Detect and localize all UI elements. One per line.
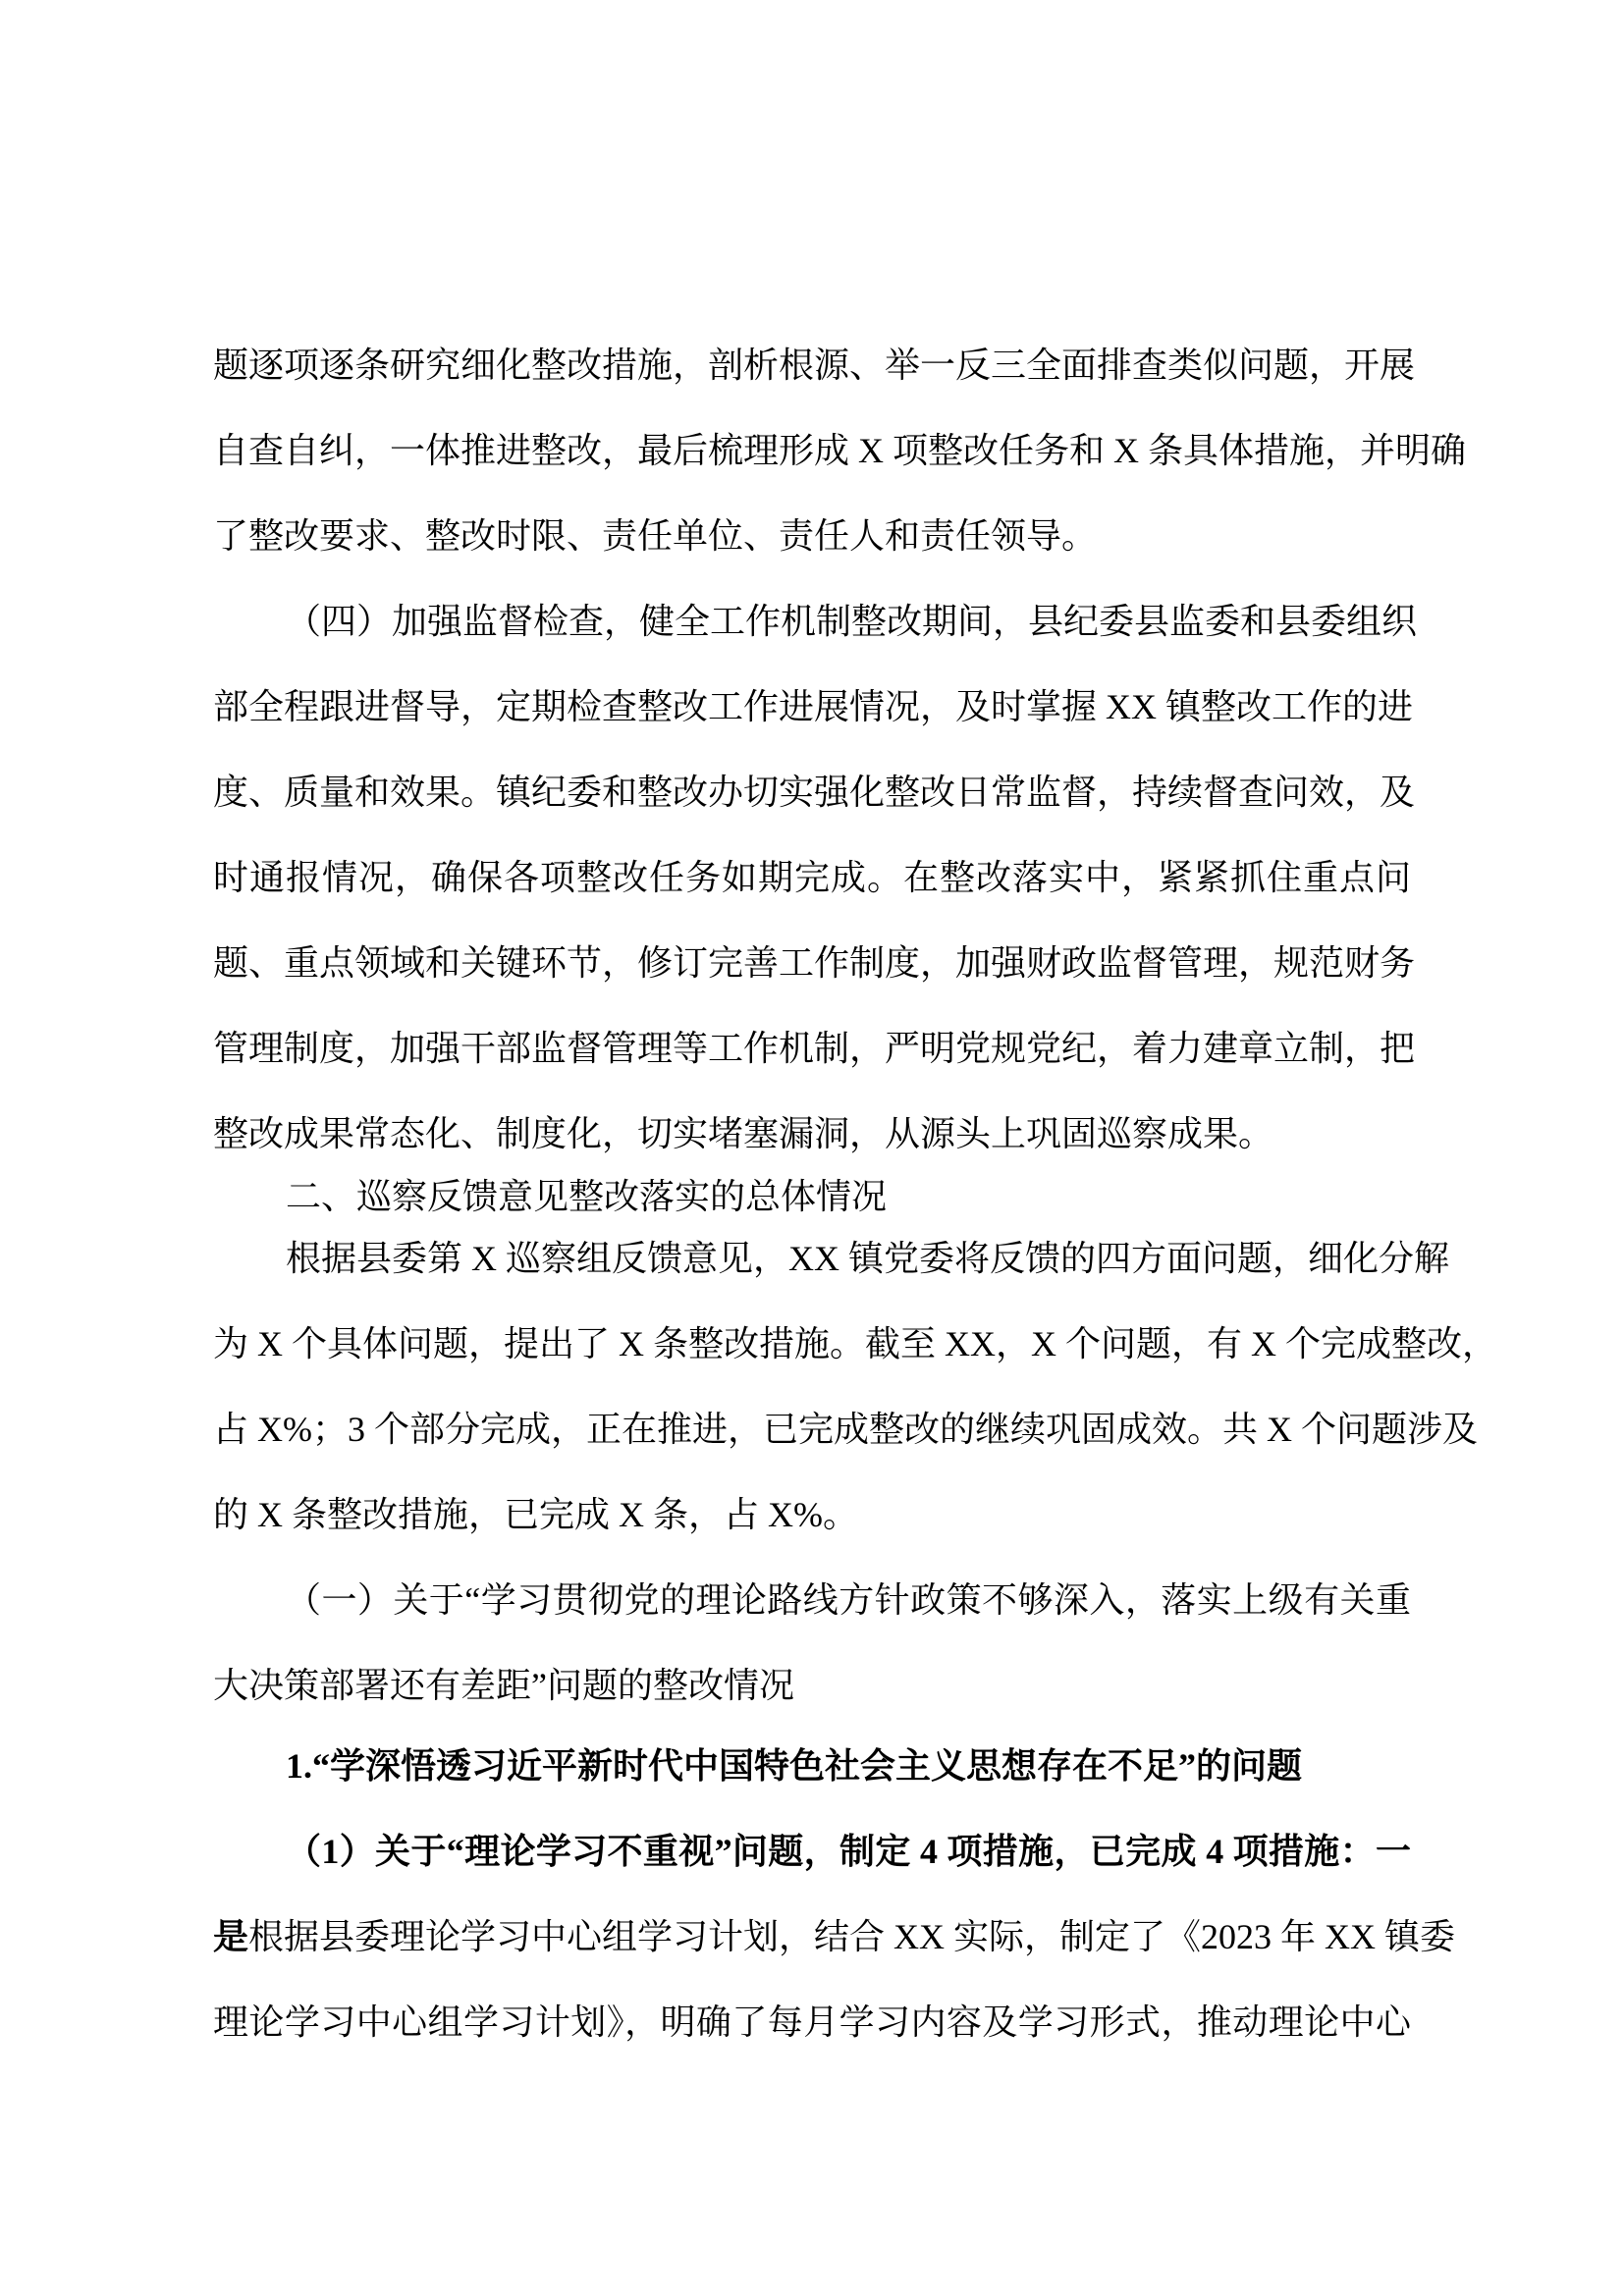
- text-line: 理论学习中心组学习计划》，明确了每月学习内容及学习形式，推动理论中心: [213, 1980, 1411, 2065]
- text-line: 大决策部署还有差距”问题的整改情况: [213, 1643, 1411, 1729]
- text-run: 理论学习中心组学习计划》，明确了每月学习内容及学习形式，推动理论中心: [213, 2002, 1411, 2042]
- text-line: 根据县委第 X 巡察组反馈意见，XX 镇党委将反馈的四方面问题，细化分解: [213, 1216, 1411, 1302]
- text-run: 时通报情况，确保各项整改任务如期完成。在整改落实中，紧紧抓住重点问: [213, 858, 1411, 897]
- text-run: 根据县委第 X 巡察组反馈意见，XX 镇党委将反馈的四方面问题，细化分解: [286, 1239, 1449, 1278]
- heading-study-thought-deficiency: 1.“学深悟透习近平新时代中国特色社会主义思想存在不足”的问题: [213, 1724, 1411, 1809]
- text-run: 根据县委理论学习中心组学习计划，结合 XX 实际，制定了《2023 年 XX 镇…: [248, 1917, 1455, 1956]
- document-body: 题逐项逐条研究细化整改措施，剖析根源、举一反三全面排查类似问题，开展自查自纠，一…: [213, 323, 1411, 2065]
- text-run: 管理制度，加强干部监督管理等工作机制，严明党规党纪，着力建章立制，把: [213, 1029, 1415, 1068]
- text-run: 大决策部署还有差距”问题的整改情况: [213, 1666, 794, 1705]
- para-theory-study-measures: （1）关于“理论学习不重视”问题，制定 4 项措施，已完成 4 项措施：一是根据…: [213, 1809, 1411, 2065]
- bold-text-run: 是: [213, 1917, 248, 1956]
- text-run: 题逐项逐条研究细化整改措施，剖析根源、举一反三全面排查类似问题，开展: [213, 346, 1415, 385]
- text-line: 自查自纠，一体推进整改，最后梳理形成 X 项整改任务和 X 条具体措施，并明确: [213, 408, 1411, 494]
- text-line: 部全程跟进督导，定期检查整改工作进展情况，及时掌握 XX 镇整改工作的进: [213, 665, 1411, 750]
- text-line: 度、质量和效果。镇纪委和整改办切实强化整改日常监督，持续督查问效，及: [213, 750, 1411, 835]
- text-line: 时通报情况，确保各项整改任务如期完成。在整改落实中，紧紧抓住重点问: [213, 835, 1411, 921]
- bold-text-run: 1.“学深悟透习近平新时代中国特色社会主义思想存在不足”的问题: [286, 1746, 1302, 1786]
- text-run: （四）加强监督检查，健全工作机制整改期间，县纪委县监委和县委组织: [286, 602, 1417, 641]
- text-run: 自查自纠，一体推进整改，最后梳理形成 X 项整改任务和 X 条具体措施，并明确: [213, 431, 1466, 470]
- para-overall-progress: 根据县委第 X 巡察组反馈意见，XX 镇党委将反馈的四方面问题，细化分解为 X …: [213, 1216, 1411, 1558]
- text-run: 了整改要求、整改时限、责任单位、责任人和责任领导。: [213, 516, 1097, 556]
- text-run: 二、巡察反馈意见整改落实的总体情况: [286, 1177, 887, 1216]
- text-line: 的 X 条整改措施，已完成 X 条，占 X%。: [213, 1472, 1411, 1558]
- text-run: 整改成果常态化、制度化，切实堵塞漏洞，从源头上巩固巡察成果。: [213, 1114, 1273, 1153]
- text-run: 为 X 个具体问题，提出了 X 条整改措施。截至 XX，X 个问题，有 X 个完…: [213, 1324, 1497, 1363]
- text-line: 题、重点领域和关键环节，修订完善工作制度，加强财政监督管理，规范财务: [213, 921, 1411, 1006]
- text-line: 占 X%；3 个部分完成，正在推进，已完成整改的继续巩固成效。共 X 个问题涉及: [213, 1387, 1411, 1472]
- text-line: （一）关于“学习贯彻党的理论路线方针政策不够深入，落实上级有关重: [213, 1558, 1411, 1643]
- text-run: 题、重点领域和关键环节，修订完善工作制度，加强财政监督管理，规范财务: [213, 943, 1415, 983]
- text-line: （1）关于“理论学习不重视”问题，制定 4 项措施，已完成 4 项措施：一: [213, 1809, 1411, 1895]
- para-supervision-inspection: （四）加强监督检查，健全工作机制整改期间，县纪委县监委和县委组织部全程跟进督导，…: [213, 579, 1411, 1177]
- text-run: （一）关于“学习贯彻党的理论路线方针政策不够深入，落实上级有关重: [286, 1580, 1411, 1620]
- text-line: 题逐项逐条研究细化整改措施，剖析根源、举一反三全面排查类似问题，开展: [213, 323, 1411, 408]
- text-line: 整改成果常态化、制度化，切实堵塞漏洞，从源头上巩固巡察成果。: [213, 1092, 1411, 1177]
- text-run: 的 X 条整改措施，已完成 X 条，占 X%。: [213, 1495, 858, 1534]
- text-run: 部全程跟进督导，定期检查整改工作进展情况，及时掌握 XX 镇整改工作的进: [213, 687, 1413, 726]
- text-line: 了整改要求、整改时限、责任单位、责任人和责任领导。: [213, 494, 1411, 579]
- text-line: 管理制度，加强干部监督管理等工作机制，严明党规党纪，着力建章立制，把: [213, 1006, 1411, 1092]
- text-run: 占 X%；3 个部分完成，正在推进，已完成整改的继续巩固成效。共 X 个问题涉及: [213, 1410, 1478, 1449]
- document-page: 题逐项逐条研究细化整改措施，剖析根源、举一反三全面排查类似问题，开展自查自纠，一…: [0, 0, 1624, 2296]
- text-line: 是根据县委理论学习中心组学习计划，结合 XX 实际，制定了《2023 年 XX …: [213, 1895, 1411, 1980]
- bold-text-run: （1）关于“理论学习不重视”问题，制定 4 项措施，已完成 4 项措施：一: [286, 1832, 1411, 1871]
- heading-problem-one: （一）关于“学习贯彻党的理论路线方针政策不够深入，落实上级有关重大决策部署还有差…: [213, 1558, 1411, 1729]
- text-line: （四）加强监督检查，健全工作机制整改期间，县纪委县监委和县委组织: [213, 579, 1411, 665]
- text-line: 为 X 个具体问题，提出了 X 条整改措施。截至 XX，X 个问题，有 X 个完…: [213, 1302, 1411, 1387]
- para-rectification-measures-continuation: 题逐项逐条研究细化整改措施，剖析根源、举一反三全面排查类似问题，开展自查自纠，一…: [213, 323, 1411, 579]
- text-line: 1.“学深悟透习近平新时代中国特色社会主义思想存在不足”的问题: [213, 1724, 1411, 1809]
- text-run: 度、质量和效果。镇纪委和整改办切实强化整改日常监督，持续督查问效，及: [213, 773, 1415, 812]
